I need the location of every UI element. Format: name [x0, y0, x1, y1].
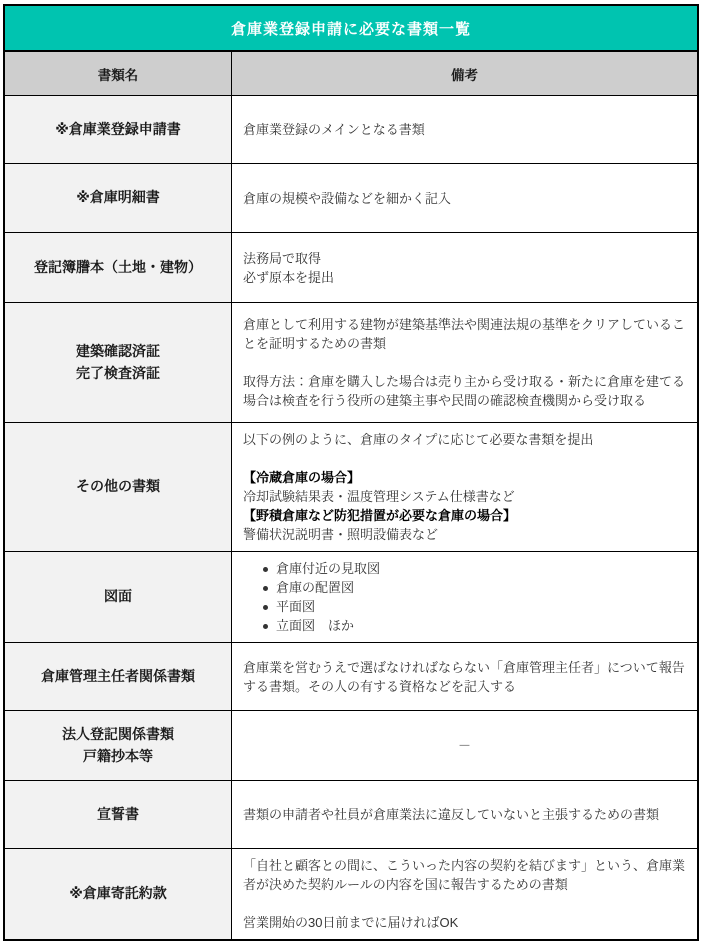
remark-cell: －: [232, 711, 697, 780]
remark-line: 冷却試験結果表・温度管理システム仕様書など: [243, 487, 686, 506]
document-name-cell: 図面: [5, 552, 232, 642]
column-header-document-name: 書類名: [5, 52, 232, 95]
document-name-line: ※倉庫業登録申請書: [55, 119, 181, 141]
remark-line: 以下の例のように、倉庫のタイプに応じて必要な書類を提出: [243, 430, 686, 449]
remark-cell: 倉庫業登録のメインとなる書類: [232, 96, 697, 163]
document-name-cell: 法人登記関係書類戸籍抄本等: [5, 711, 232, 780]
remark-bullet-item: 倉庫の配置図: [243, 578, 686, 597]
remark-line: 営業開始の30日前までに届ければOK: [243, 913, 686, 932]
remark-line: [243, 449, 686, 468]
document-name-line: 戸籍抄本等: [83, 746, 153, 768]
table-body: ※倉庫業登録申請書倉庫業登録のメインとなる書類※倉庫明細書倉庫の規模や設備などを…: [5, 96, 697, 939]
table-row: ※倉庫寄託約款「自社と顧客との間に、こういった内容の契約を結びます」という、倉庫…: [5, 849, 697, 939]
column-header-remarks: 備考: [232, 52, 697, 95]
remark-cell: 倉庫付近の見取図倉庫の配置図平面図立面図 ほか: [232, 552, 697, 642]
remark-line: 倉庫業登録のメインとなる書類: [243, 120, 686, 139]
remark-cell: 「自社と顧客との間に、こういった内容の契約を結びます」という、倉庫業者が決めた契…: [232, 849, 697, 939]
remark-cell: 倉庫の規模や設備などを細かく記入: [232, 164, 697, 232]
remark-line: [243, 894, 686, 913]
remark-cell: 以下の例のように、倉庫のタイプに応じて必要な書類を提出【冷蔵倉庫の場合】冷却試験…: [232, 423, 697, 551]
document-name-line: 図面: [104, 586, 132, 608]
document-name-line: 宣誓書: [97, 804, 139, 826]
document-name-cell: ※倉庫明細書: [5, 164, 232, 232]
remark-line: 倉庫の規模や設備などを細かく記入: [243, 189, 686, 208]
remark-line: 取得方法：倉庫を購入した場合は売り主から受け取る・新たに倉庫を建てる場合は検査を…: [243, 372, 686, 410]
remark-cell: 倉庫として利用する建物が建築基準法や関連法規の基準をクリアしていることを証明する…: [232, 303, 697, 422]
document-name-cell: ※倉庫業登録申請書: [5, 96, 232, 163]
remark-line: 書類の申請者や社員が倉庫業法に違反していないと主張するための書類: [243, 805, 686, 824]
table-row: 図面倉庫付近の見取図倉庫の配置図平面図立面図 ほか: [5, 552, 697, 643]
remark-line: －: [243, 736, 686, 755]
remark-line: 倉庫として利用する建物が建築基準法や関連法規の基準をクリアしていることを証明する…: [243, 315, 686, 353]
remark-bullet-item: 倉庫付近の見取図: [243, 559, 686, 578]
table-row: 建築確認済証完了検査済証倉庫として利用する建物が建築基準法や関連法規の基準をクリ…: [5, 303, 697, 423]
document-name-cell: その他の書類: [5, 423, 232, 551]
remark-line: 【野積倉庫など防犯措置が必要な倉庫の場合】: [243, 506, 686, 525]
remark-bullet-item: 立面図 ほか: [243, 616, 686, 635]
documents-table: 倉庫業登録申請に必要な書類一覧 書類名 備考 ※倉庫業登録申請書倉庫業登録のメイ…: [3, 4, 699, 941]
remark-line: 必ず原本を提出: [243, 268, 686, 287]
remark-line: 「自社と顧客との間に、こういった内容の契約を結びます」という、倉庫業者が決めた契…: [243, 856, 686, 894]
remark-line: [243, 353, 686, 372]
table-title: 倉庫業登録申請に必要な書類一覧: [5, 6, 697, 52]
remark-line: 法務局で取得: [243, 249, 686, 268]
table-row: 宣誓書書類の申請者や社員が倉庫業法に違反していないと主張するための書類: [5, 781, 697, 849]
document-name-cell: 登記簿謄本（土地・建物）: [5, 233, 232, 302]
remark-bullet-item: 平面図: [243, 597, 686, 616]
remark-cell: 書類の申請者や社員が倉庫業法に違反していないと主張するための書類: [232, 781, 697, 848]
document-name-cell: 建築確認済証完了検査済証: [5, 303, 232, 422]
remark-line: 倉庫業を営むうえで選ばなければならない「倉庫管理主任者」について報告する書類。そ…: [243, 658, 686, 696]
document-name-line: 完了検査済証: [76, 363, 160, 385]
document-name-line: 登記簿謄本（土地・建物）: [34, 257, 202, 279]
remark-cell: 倉庫業を営むうえで選ばなければならない「倉庫管理主任者」について報告する書類。そ…: [232, 643, 697, 710]
document-name-cell: ※倉庫寄託約款: [5, 849, 232, 939]
table-row: 倉庫管理主任者関係書類倉庫業を営むうえで選ばなければならない「倉庫管理主任者」に…: [5, 643, 697, 711]
document-name-line: 法人登記関係書類: [62, 724, 174, 746]
table-row: 法人登記関係書類戸籍抄本等－: [5, 711, 697, 781]
table-header-row: 書類名 備考: [5, 52, 697, 96]
document-name-line: 建築確認済証: [76, 341, 160, 363]
document-name-line: ※倉庫寄託約款: [69, 883, 167, 905]
table-row: 登記簿謄本（土地・建物）法務局で取得必ず原本を提出: [5, 233, 697, 303]
table-row: ※倉庫明細書倉庫の規模や設備などを細かく記入: [5, 164, 697, 233]
document-name-line: 倉庫管理主任者関係書類: [41, 666, 195, 688]
table-row: ※倉庫業登録申請書倉庫業登録のメインとなる書類: [5, 96, 697, 164]
remark-cell: 法務局で取得必ず原本を提出: [232, 233, 697, 302]
table-row: その他の書類以下の例のように、倉庫のタイプに応じて必要な書類を提出【冷蔵倉庫の場…: [5, 423, 697, 552]
document-name-line: その他の書類: [76, 476, 160, 498]
document-name-cell: 宣誓書: [5, 781, 232, 848]
document-name-cell: 倉庫管理主任者関係書類: [5, 643, 232, 710]
remark-line: 警備状況説明書・照明設備表など: [243, 525, 686, 544]
document-name-line: ※倉庫明細書: [76, 187, 160, 209]
remark-line: 【冷蔵倉庫の場合】: [243, 468, 686, 487]
